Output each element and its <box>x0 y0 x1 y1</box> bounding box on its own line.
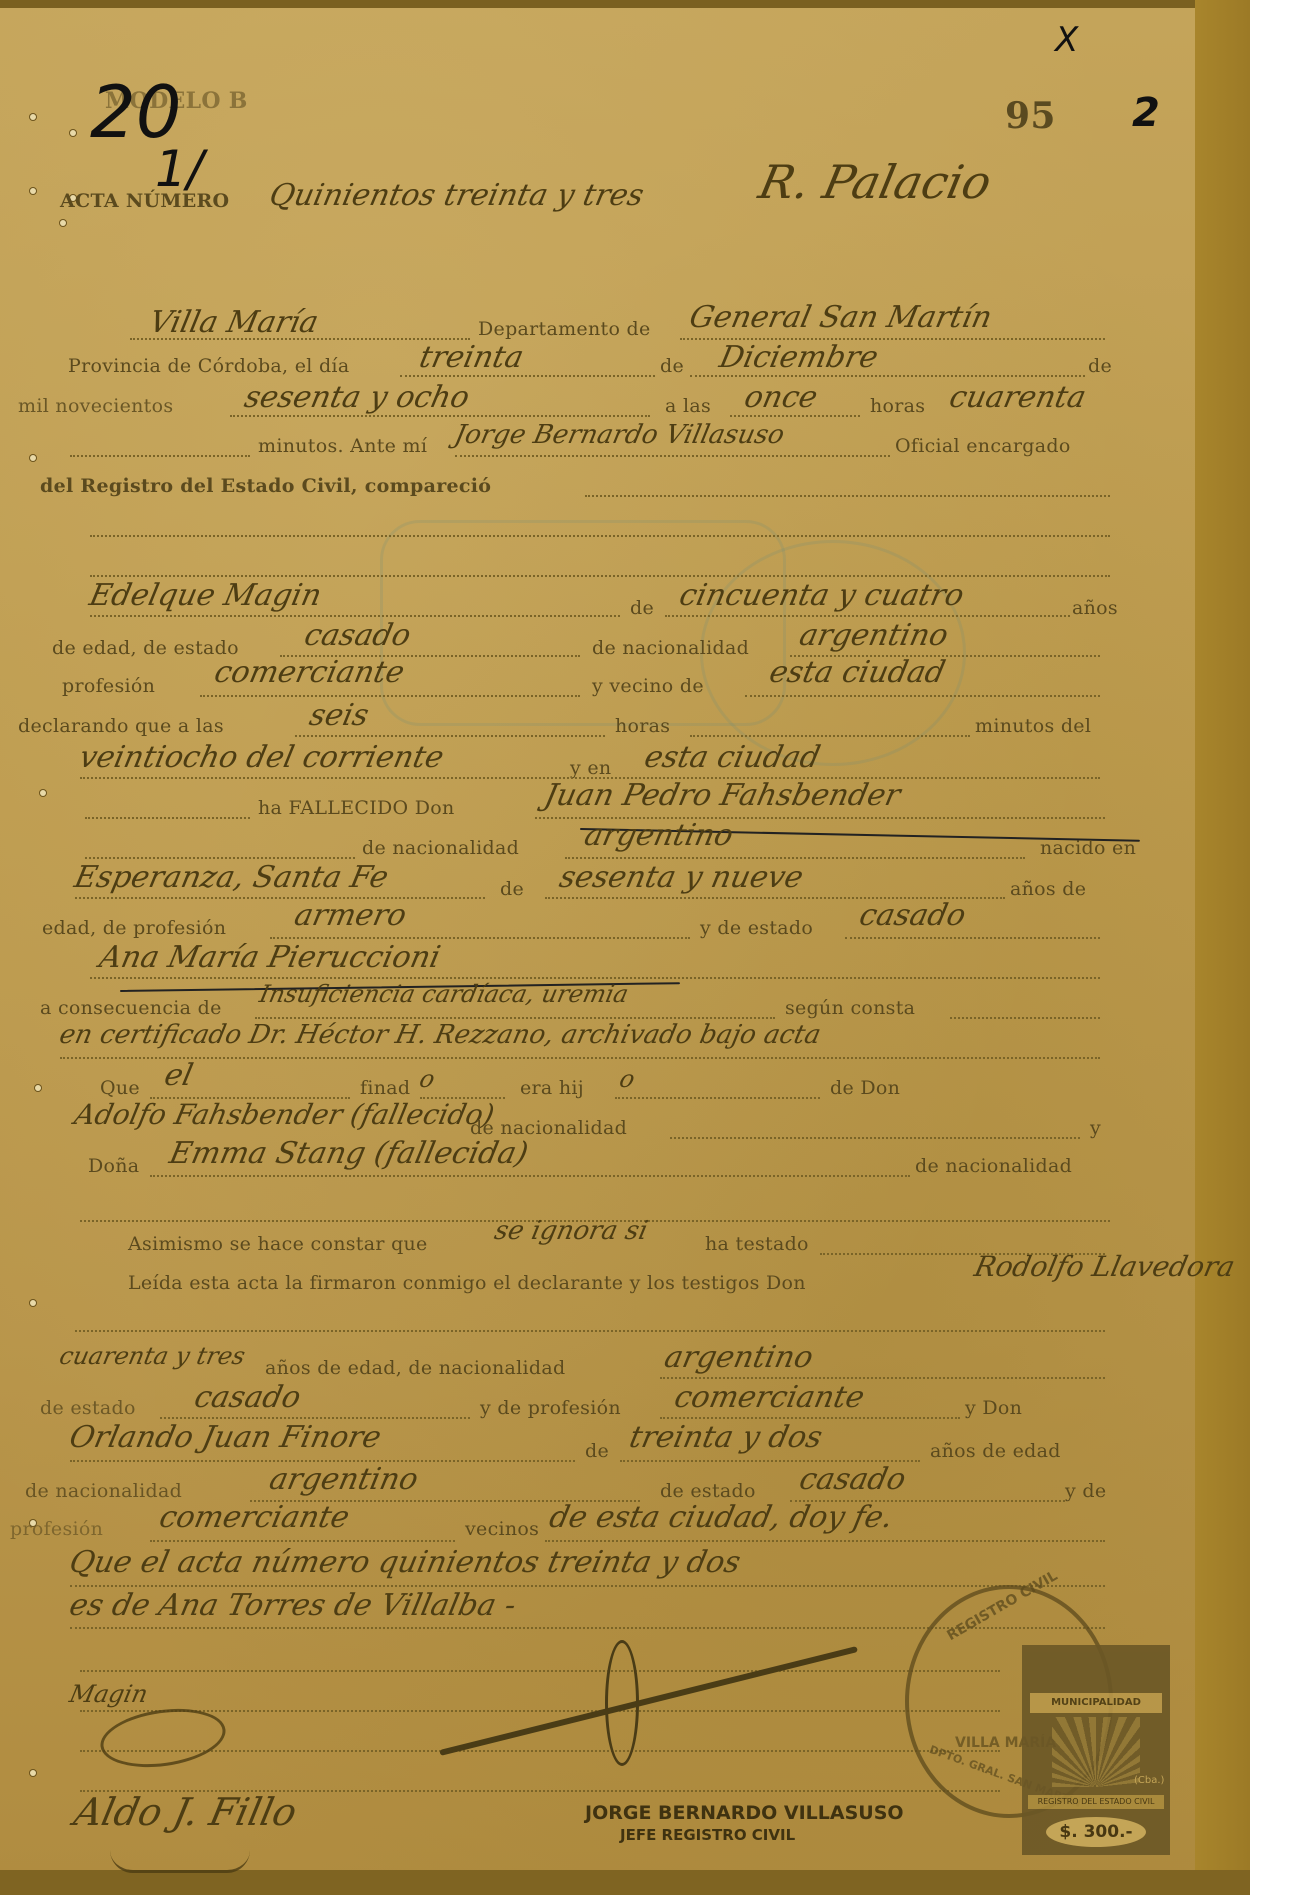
mes-value: Diciembre <box>716 340 881 375</box>
fallecido-nombre: Juan Pedro Fahsbender <box>541 778 903 813</box>
field-line <box>90 575 1110 577</box>
minutos-value: cuarenta <box>946 380 1089 415</box>
declarante-vecino: esta ciudad <box>766 655 948 690</box>
field-line <box>130 338 470 340</box>
label-vecino: y vecino de <box>592 675 704 697</box>
field-line <box>90 535 1110 537</box>
field-line <box>295 735 605 737</box>
declarante-estado: casado <box>301 618 414 653</box>
field-line <box>670 1137 1080 1139</box>
field-line <box>660 1417 960 1419</box>
testigo1-estado: casado <box>191 1380 304 1415</box>
field-line <box>585 495 1110 497</box>
label-profesion: edad, de profesión <box>42 917 226 939</box>
label-edad-nacionalidad: años de edad, de nacionalidad <box>265 1357 565 1379</box>
label-horas: horas <box>615 715 670 737</box>
tax-stamp-registro: REGISTRO DEL ESTADO CIVIL <box>1028 1795 1164 1809</box>
fallecido-causa: Insuficiencia cardíaca, uremia <box>257 980 631 1008</box>
label-y: y <box>1090 1117 1101 1139</box>
fallecido-estado: casado <box>856 898 969 933</box>
testamento-value: se ignora si <box>492 1216 651 1246</box>
label-de-2: de <box>1088 355 1112 377</box>
binding-hole <box>60 220 66 226</box>
label-estado: de estado <box>40 1397 136 1419</box>
label-profesion2: profesión <box>10 1518 103 1540</box>
document-page: MODELO B 20 1/ X 95 2 ACTA NÚMERO Quinie… <box>0 0 1250 1895</box>
field-line <box>200 695 580 697</box>
fallecido-lugar-nacimiento: Esperanza, Santa Fe <box>71 860 391 895</box>
field-line <box>85 817 250 819</box>
signature-witness: Aldo J. Fillo <box>70 1790 300 1834</box>
annotation-page-number: 2 <box>1132 90 1160 136</box>
label-finado: finad <box>360 1077 410 1099</box>
annotation-x-mark: X <box>1055 20 1078 60</box>
field-line <box>730 415 860 417</box>
oficial-value: Jorge Bernardo Villasuso <box>452 420 787 450</box>
acta-numero-label: ACTA NÚMERO <box>60 190 229 212</box>
field-line <box>160 1417 470 1419</box>
label-mil-novecientos: mil novecientos <box>18 395 173 417</box>
field-line <box>455 455 890 457</box>
anio-value: sesenta y ocho <box>241 380 472 415</box>
label-registro: del Registro del Estado Civil, compareci… <box>40 475 491 497</box>
page-top-edge <box>0 0 1250 8</box>
signature-rubrica <box>97 1702 230 1775</box>
label-nacionalidad: de nacionalidad <box>362 837 519 859</box>
field-line <box>230 415 650 417</box>
declarante-dia: veintiocho del corriente <box>76 740 447 775</box>
label-de: de <box>660 355 684 377</box>
padre-nombre-1: Adolfo Fahsbender (fallecido) <box>71 1098 497 1131</box>
declarante-nombre: Edelque Magin <box>86 578 324 613</box>
field-line <box>75 1330 1105 1332</box>
field-line <box>90 615 620 617</box>
nota-linea-2: es de Ana Torres de Villalba - <box>66 1588 519 1623</box>
departamento-value: General San Martín <box>686 300 995 335</box>
declarante-profesion: comerciante <box>211 655 407 690</box>
declarante-hora: seis <box>306 698 372 733</box>
label-estado: y de estado <box>700 917 813 939</box>
testigo2-nacionalidad: argentino <box>266 1462 421 1497</box>
label-oficial-encargado: Oficial encargado <box>895 435 1071 457</box>
acta-numero-value: Quinientos treinta y tres <box>266 178 647 213</box>
signature-declarante: Magin <box>67 1680 150 1708</box>
label-de: de <box>630 597 654 619</box>
que-el: el <box>161 1058 196 1093</box>
declarante-lugar: esta ciudad <box>641 740 823 775</box>
label-testigos: Leída esta acta la firmaron conmigo el d… <box>128 1272 806 1294</box>
label-y-don: y Don <box>965 1397 1022 1419</box>
field-line <box>150 1175 910 1177</box>
label-horas: horas <box>870 395 925 417</box>
testigo2-estado: casado <box>796 1462 909 1497</box>
field-line <box>615 1097 820 1099</box>
field-line <box>400 375 655 377</box>
field-line <box>70 1585 1105 1587</box>
sun-emblem-icon <box>1052 1717 1140 1787</box>
label-de-estado: de estado <box>660 1480 756 1502</box>
binding-hole <box>30 455 36 461</box>
field-line <box>80 1710 1000 1712</box>
declarante-nacionalidad: argentino <box>796 618 951 653</box>
field-line <box>255 1017 775 1019</box>
label-anios: años <box>1072 597 1118 619</box>
fallecido-conyuge: Ana María Pieruccioni <box>96 940 443 975</box>
testigo1-nombre: Rodolfo Llavedora <box>971 1250 1237 1283</box>
label-causa: a consecuencia de <box>40 997 222 1019</box>
testigo2-nombre: Orlando Juan Finore <box>66 1420 384 1455</box>
page-right-strip <box>1195 0 1250 1895</box>
field-line <box>665 615 1070 617</box>
label-profesion: profesión <box>62 675 155 697</box>
field-line <box>70 455 250 457</box>
label-declarando: declarando que a las <box>18 715 224 737</box>
official-signature-stroke <box>439 1646 858 1756</box>
hijo-suffix: o <box>617 1065 637 1093</box>
acta-signature: R. Palacio <box>754 155 996 209</box>
testigo1-profesion: comerciante <box>671 1380 867 1415</box>
place-city: Villa María <box>146 305 321 340</box>
label-ha-testado: ha testado <box>705 1233 809 1255</box>
field-line <box>80 1670 1000 1672</box>
testigo2-edad: treinta y dos <box>626 1420 825 1455</box>
field-line <box>565 857 1025 859</box>
tax-stamp-banner: MUNICIPALIDAD <box>1030 1693 1162 1713</box>
label-a-las: a las <box>665 395 711 417</box>
label-estado: de edad, de estado <box>52 637 239 659</box>
label-vecinos: vecinos <box>465 1518 539 1540</box>
madre-nombre: Emma Stang (fallecida) <box>166 1136 531 1171</box>
field-line <box>950 1017 1100 1019</box>
fallecido-nacionalidad: argentino <box>581 818 736 853</box>
binding-hole <box>40 790 46 796</box>
binding-hole <box>30 114 36 120</box>
hora-value: once <box>741 380 820 415</box>
label-y-en: y en <box>570 757 611 779</box>
label-nacionalidad: de nacionalidad <box>592 637 749 659</box>
page-bottom-edge <box>0 1870 1250 1895</box>
nota-linea-1: Que el acta número quinientos treinta y … <box>66 1545 743 1580</box>
folio-number: 95 <box>1005 95 1056 137</box>
label-era-hijo: era hij <box>520 1077 584 1099</box>
field-line <box>75 897 485 899</box>
fallecido-edad: sesenta y nueve <box>556 860 806 895</box>
official-name: JORGE BERNARDO VILLASUSO <box>585 1802 904 1824</box>
field-line <box>690 375 1085 377</box>
field-line <box>85 857 355 859</box>
fallecido-certificado: en certificado Dr. Héctor H. Rezzano, ar… <box>57 1020 824 1050</box>
dia-value: treinta <box>416 340 526 375</box>
label-departamento: Departamento de <box>478 318 651 340</box>
label-anios-de: años de <box>1010 878 1086 900</box>
field-line <box>60 1057 1100 1059</box>
field-line <box>80 1750 1000 1752</box>
label-testamento: Asimismo se hace constar que <box>128 1233 428 1255</box>
binding-hole <box>30 1770 36 1776</box>
label-segun-consta: según consta <box>785 997 915 1019</box>
binding-hole <box>30 1300 36 1306</box>
field-line <box>150 1540 455 1542</box>
official-title: JEFE REGISTRO CIVIL <box>620 1826 795 1844</box>
label-nacionalidad: de nacionalidad <box>25 1480 182 1502</box>
field-line <box>90 977 1100 979</box>
label-anios-edad: años de edad <box>930 1440 1061 1462</box>
label-y-de: y de <box>1065 1480 1106 1502</box>
tax-stamp: MUNICIPALIDAD (Cba.) REGISTRO DEL ESTADO… <box>1022 1645 1170 1855</box>
tax-stamp-value: $. 300.- <box>1046 1817 1146 1847</box>
tax-stamp-province: (Cba.) <box>1134 1775 1164 1786</box>
field-line <box>270 937 690 939</box>
label-dona: Doña <box>88 1155 139 1177</box>
finado-suffix: o <box>417 1065 437 1093</box>
signature-flourish <box>110 1850 250 1873</box>
binding-hole <box>70 130 76 136</box>
label-madre-nacionalidad: de nacionalidad <box>915 1155 1072 1177</box>
binding-hole <box>35 1085 41 1091</box>
vecinos-value: de esta ciudad, doy fe. <box>546 1500 896 1535</box>
field-line <box>690 735 970 737</box>
label-minutos-del: minutos del <box>975 715 1091 737</box>
declarante-edad: cincuenta y cuatro <box>676 578 967 613</box>
field-line <box>745 695 1100 697</box>
label-fallecido: ha FALLECIDO Don <box>258 797 455 819</box>
field-line <box>660 1377 1105 1379</box>
label-nacido: nacido en <box>1040 837 1136 859</box>
testigo1-edad: cuarenta y tres <box>57 1342 248 1370</box>
field-line <box>545 1540 1105 1542</box>
binding-hole <box>30 188 36 194</box>
field-line <box>845 937 1100 939</box>
label-de-don: de Don <box>830 1077 900 1099</box>
label-de: de <box>500 878 524 900</box>
testigo1-nacionalidad: argentino <box>661 1340 816 1375</box>
label-que: Que <box>100 1077 140 1099</box>
label-provincia: Provincia de Córdoba, el día <box>68 355 349 377</box>
label-minutos-ante-mi: minutos. Ante mí <box>258 435 427 457</box>
testigo2-profesion: comerciante <box>156 1500 352 1535</box>
fallecido-profesion: armero <box>291 898 409 933</box>
label-profesion: y de profesión <box>480 1397 621 1419</box>
label-de: de <box>585 1440 609 1462</box>
official-signature-loop <box>605 1640 639 1766</box>
